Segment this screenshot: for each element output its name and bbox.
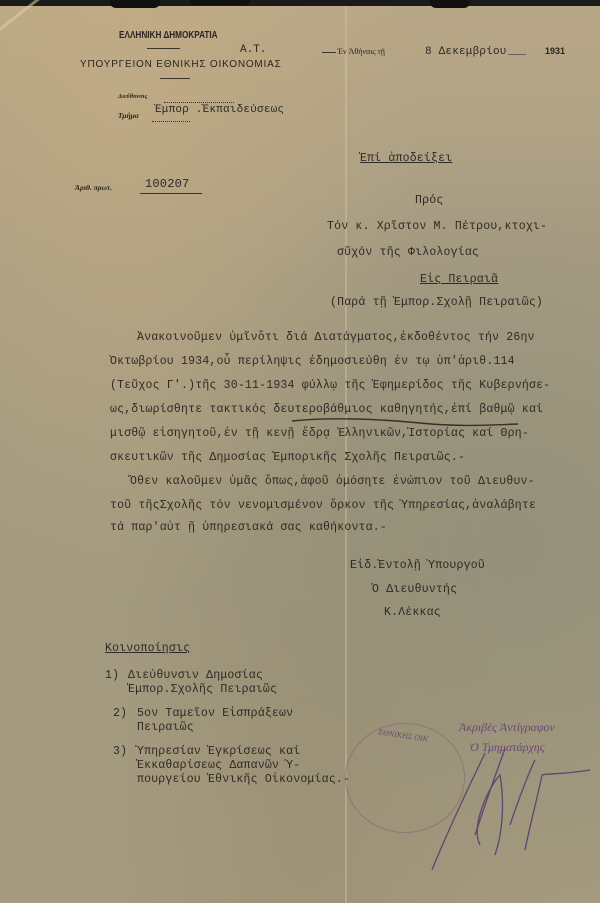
body-line: σκευτικῶν τῆς Δημοσίας Ἐμπορικῆς Σχολῆς …	[110, 451, 465, 464]
section-label: Τμήμα	[118, 111, 139, 120]
handwritten-signature	[430, 745, 600, 875]
distribution-item-1-num: 1)	[105, 669, 119, 682]
distribution-item-3-line3: πουργείου Ἐθνικῆς Οἰκονομίας.-	[137, 773, 350, 786]
divider	[508, 54, 526, 55]
paper-crease	[0, 0, 42, 72]
signature-authority: Εἰδ.Ἐντολῇ Ὑπουργοῦ	[350, 559, 485, 572]
directorate-field	[164, 101, 234, 103]
body-line: Ὀκτωβρίου 1934,οὗ περίληψις ἐδημοσιεύθη …	[110, 355, 515, 368]
body-line: τοῦ τῆςΣχολῆς τόν νενομισμένον ὅρκον τῆς…	[110, 499, 536, 512]
protocol-underline	[140, 193, 202, 194]
directorate-label: Διεύθυνσις	[118, 93, 147, 100]
signature-name: Κ.Λέκκας	[384, 606, 441, 619]
divider	[160, 78, 190, 79]
distribution-item-1-line1: Διεύθυνσιν Δημοσίας	[128, 669, 263, 682]
date-place: Ἐν Ἀθήναις τῇ	[337, 47, 385, 56]
section-field-line	[152, 120, 190, 122]
distribution-item-2-num: 2)	[113, 707, 127, 720]
body-line: Ὅθεν καλοῦμεν ὑμᾶς ὅπως,ἀφοῦ ὀμόσητε ἐνώ…	[130, 475, 535, 488]
distribution-item-2-line1: 5ον Ταμεῖον Εἰσπράξεων	[137, 707, 293, 720]
recipient-line2: σῦχόν τῆς Φιλολογίας	[337, 246, 479, 259]
body-line: Ἀνακοινοῦμεν ὑμῖνὅτι διά Διατάγματος,ἐκδ…	[137, 331, 535, 344]
section-value: Ἐμπορ .Ἐκπαιδεύσεως	[155, 104, 284, 116]
divider	[322, 52, 336, 53]
body-line: ως,διωρίσθητε τακτικός δευτεροβάθμιος κα…	[110, 403, 543, 416]
signature-title: Ὁ Διευθυντής	[372, 583, 457, 596]
handwritten-underline	[290, 417, 520, 427]
body-line: (Τεῦχος Γ'.)τῆς 30-11-1934 φύλλῳ τῆς Ἐφη…	[110, 379, 550, 392]
torn-edge	[110, 0, 160, 8]
letterhead-code: Α.Τ.	[240, 44, 266, 56]
distribution-item-3-num: 3)	[113, 745, 127, 758]
recipient-line4: (Παρά τῇ Ἐμπορ.Σχολῇ Πειραιῶς)	[330, 296, 543, 309]
distribution-item-3-line1: Ὑπηρεσίαν Ἐγκρίσεως καί	[137, 745, 300, 758]
protocol-number: 100207	[145, 177, 189, 191]
letterhead-republic: ΕΛΛΗΝΙΚΗ ΔΗΜΟΚΡΑΤΙΑ	[119, 30, 218, 41]
distribution-item-3-line2: Ἐκκαθαρίσεως Δαπανῶν Ὑ-	[137, 759, 300, 772]
protocol-label: Ἀριθ. πρωτ.	[75, 183, 112, 192]
torn-edge	[430, 0, 470, 8]
recipient-city: Εἰς Πειραιᾶ	[420, 273, 498, 286]
date-day-month: 8 Δεκεμβρίου	[425, 46, 507, 58]
recipient-to: Πρός	[415, 194, 443, 207]
subject-line: Ἐπί ἀποδείξει	[360, 152, 452, 165]
distribution-title: Κοινοποίησις	[105, 642, 190, 655]
distribution-item-1-line2: Ἐμπορ.Σχολῆς Πειραιῶς	[128, 683, 277, 696]
certified-copy-stamp: Ἀκριβές Ἀντίγραφον	[459, 720, 555, 735]
distribution-item-2-line2: Πειραιῶς	[137, 721, 194, 734]
torn-edge	[190, 0, 250, 5]
body-line: μισθῷ εἰσηγητοῦ,ἐν τῇ κενῇ ἕδρᾳ Ἑλληνικῶ…	[110, 427, 529, 440]
divider	[147, 48, 180, 49]
date-year: 1931	[545, 46, 565, 56]
letterhead-ministry: ΥΠΟΥΡΓΕΙΟΝ ΕΘΝΙΚΗΣ ΟΙΚΟΝΟΜΙΑΣ	[80, 59, 282, 70]
recipient-line1: Τόν κ. Χρῖστον Μ. Πέτρου,κτοχι-	[327, 220, 547, 233]
body-line: τά παρ'αὐτ ῇ ὑπηρεσιακά σας καθήκοντα.-	[110, 521, 387, 534]
